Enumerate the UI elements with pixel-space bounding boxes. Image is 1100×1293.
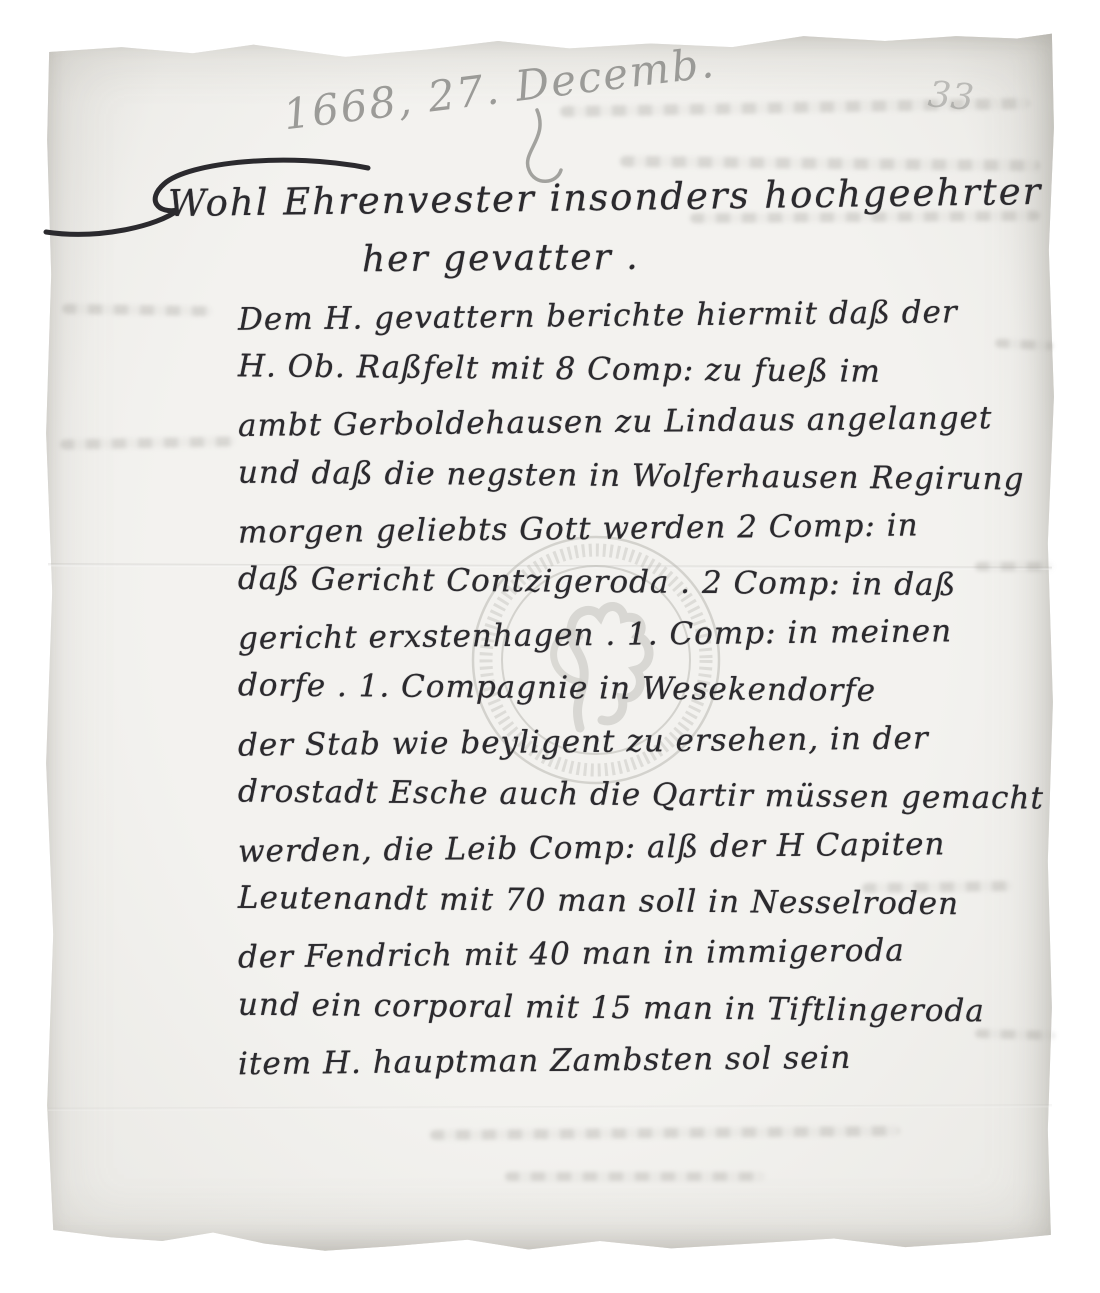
manuscript-line: morgen geliebts Gott werden 2 Comp: in bbox=[238, 507, 919, 550]
bleedthrough-mark bbox=[975, 562, 1053, 571]
manuscript-line: drostadt Esche auch die Qartir müssen ge… bbox=[238, 773, 1044, 816]
page-number: 33 bbox=[926, 74, 975, 119]
salutation-line: her gevatter . bbox=[362, 237, 640, 280]
manuscript-scan: 1668, 27. Decemb. 33 Wohl Ehrenvester in… bbox=[0, 0, 1100, 1293]
manuscript-line: daß Gericht Contzigeroda . 2 Comp: in da… bbox=[238, 561, 957, 603]
manuscript-line: item H. hauptman Zambsten sol sein bbox=[238, 1040, 852, 1082]
manuscript-line: und daß die negsten in Wolferhausen Regi… bbox=[238, 454, 1025, 497]
manuscript-line: der Stab wie beyligent zu ersehen, in de… bbox=[238, 720, 929, 763]
manuscript-line: und ein corporal mit 15 man in Tiftlinge… bbox=[238, 986, 985, 1029]
manuscript-line: der Fendrich mit 40 man in immigeroda bbox=[238, 933, 905, 976]
bleedthrough-mark bbox=[505, 1172, 765, 1181]
manuscript-line: H. Ob. Raßfelt mit 8 Comp: zu fueß im bbox=[238, 348, 881, 390]
manuscript-line: Dem H. gevattern berichte hiermit daß de… bbox=[238, 294, 958, 338]
manuscript-line: werden, die Leib Comp: alß der H Capiten bbox=[238, 826, 946, 869]
manuscript-line: dorfe . 1. Compagnie in Wesekendorfe bbox=[238, 668, 876, 710]
manuscript-line: Leutenandt mit 70 man soll in Nesselrode… bbox=[238, 880, 959, 922]
